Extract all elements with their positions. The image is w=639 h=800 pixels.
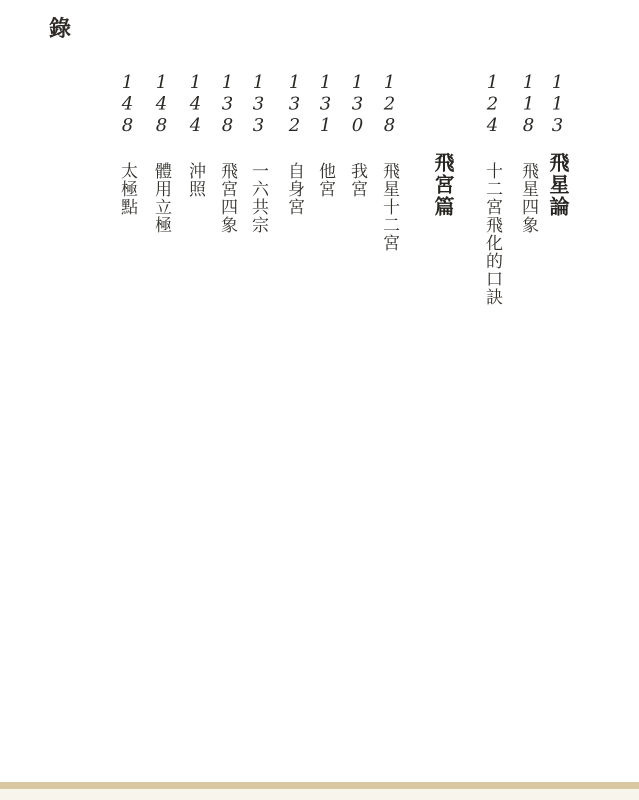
page-number: 113 — [541, 72, 573, 152]
toc-entry: 131他宮 — [309, 72, 341, 752]
toc-entry: 130我宮 — [341, 72, 373, 752]
page-number: 128 — [373, 72, 405, 162]
footer-strip — [0, 789, 639, 800]
page-number: 148 — [145, 72, 177, 162]
entry-title: 飛宮四象 — [218, 162, 237, 234]
footer-band — [0, 782, 639, 789]
page-number: 132 — [278, 72, 310, 162]
page-number: 144 — [179, 72, 211, 162]
toc-entry: 124十二宮飛化的口訣 — [476, 72, 508, 752]
toc-list: 113飛星論 118飛星四象 124十二宮飛化的口訣 飛宮篇 128飛星十二宮 … — [0, 0, 639, 800]
toc-section-heading: 113飛星論 — [541, 72, 573, 752]
section-title: 飛宮篇 — [431, 152, 453, 218]
toc-entry: 138飛宮四象 — [211, 72, 243, 752]
section-title: 飛星論 — [546, 152, 568, 218]
entry-title: 我宮 — [348, 162, 367, 198]
entry-title: 飛星十二宮 — [380, 162, 399, 252]
page-number: 133 — [242, 72, 274, 162]
entry-title: 他宮 — [316, 162, 335, 198]
entry-title: 十二宮飛化的口訣 — [483, 162, 502, 306]
toc-entry: 132自身宮 — [278, 72, 310, 752]
entry-title: 飛星四象 — [519, 162, 538, 234]
toc-entry: 133一六共宗 — [242, 72, 274, 752]
toc-entry: 118飛星四象 — [512, 72, 544, 752]
toc-page: 錄 113飛星論 118飛星四象 124十二宮飛化的口訣 飛宮篇 128飛星十二… — [0, 0, 639, 800]
toc-entry: 144沖照 — [179, 72, 211, 752]
page-number: 131 — [309, 72, 341, 162]
page-number: 130 — [341, 72, 373, 162]
toc-entry: 148太極點 — [111, 72, 143, 752]
entry-title: 自身宮 — [285, 162, 304, 216]
page-number: 148 — [111, 72, 143, 162]
entry-title: 沖照 — [186, 162, 205, 198]
entry-title: 體用立極 — [152, 162, 171, 234]
toc-entry: 128飛星十二宮 — [373, 72, 405, 752]
page-number: 138 — [211, 72, 243, 162]
page-number: 118 — [512, 72, 544, 162]
entry-title: 太極點 — [118, 162, 137, 216]
toc-entry: 148體用立極 — [145, 72, 177, 752]
toc-section-heading: 飛宮篇 — [426, 72, 458, 752]
entry-title: 一六共宗 — [249, 162, 268, 234]
page-number: 124 — [476, 72, 508, 162]
